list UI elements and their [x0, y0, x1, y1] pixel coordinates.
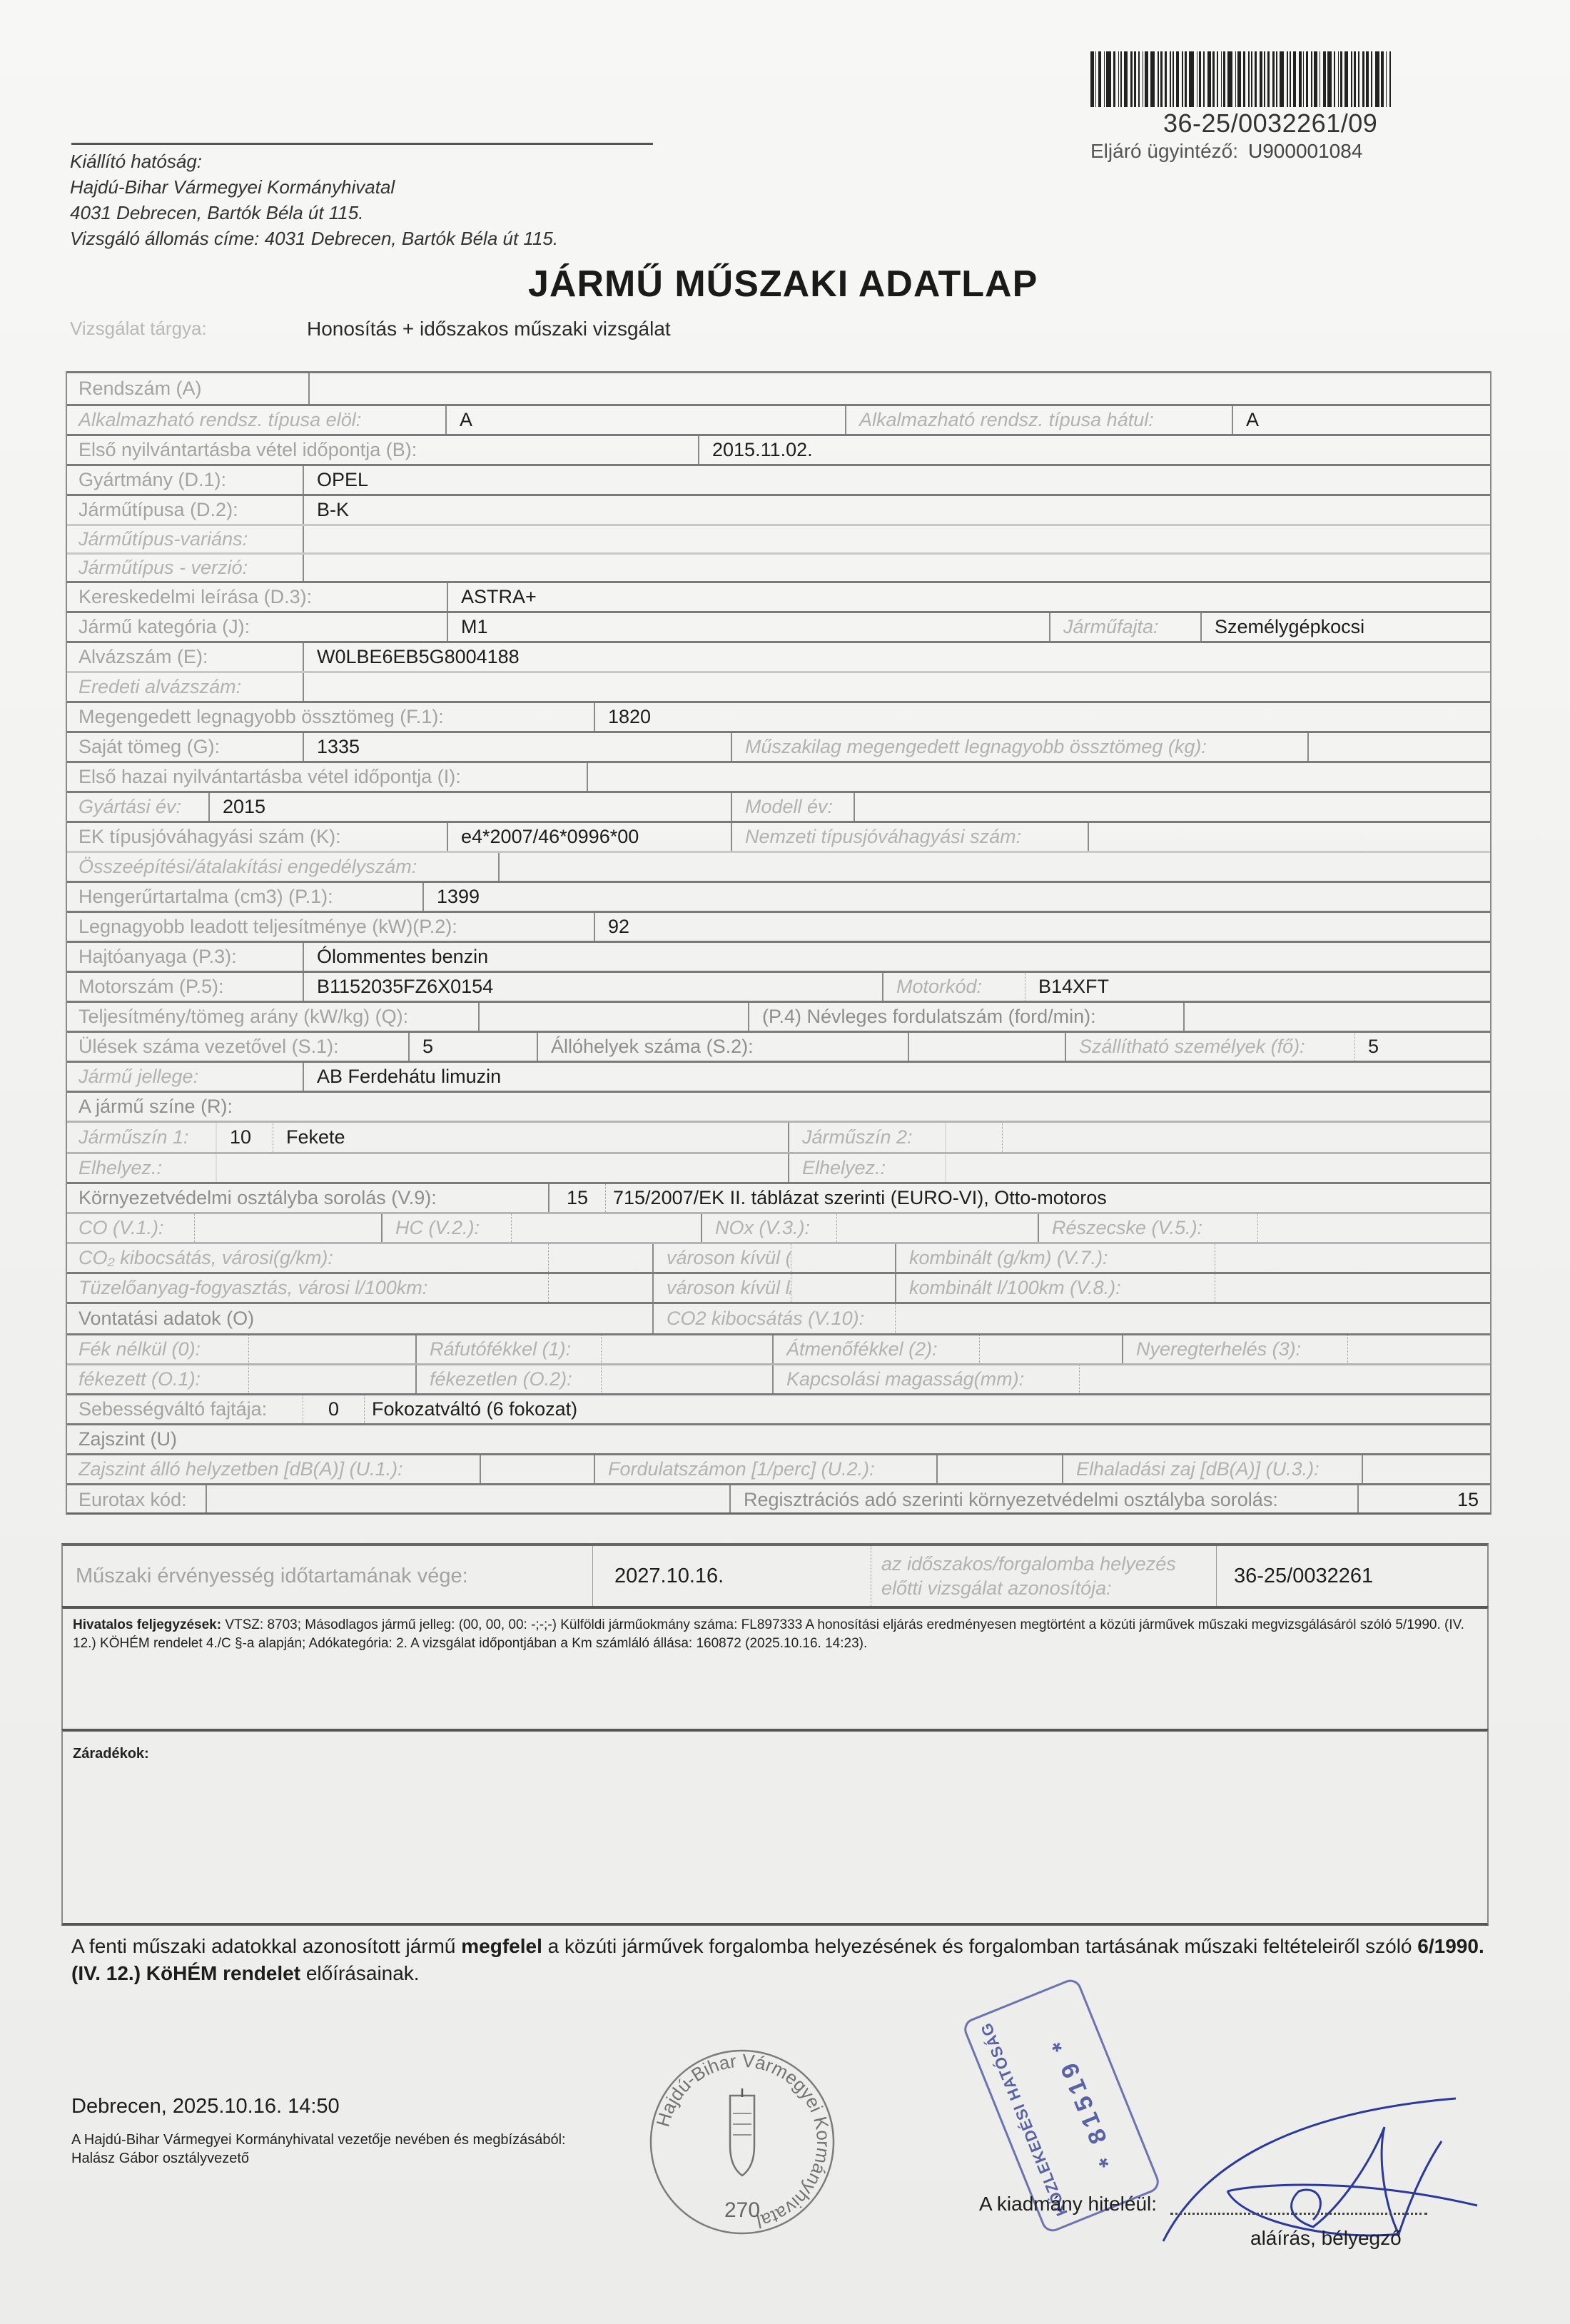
field-label: Ráfutófékkel (1):	[430, 1338, 571, 1360]
table-row: Járműtípusa (D.2): B-K	[66, 494, 1491, 524]
field-label: Műszakilag megengedett legnagyobb össztö…	[745, 736, 1207, 758]
conformity-text: A fenti műszaki adatokkal azonosított já…	[71, 1935, 461, 1957]
field-label: Fék nélkül (0):	[78, 1338, 201, 1360]
field-label: CO2 kibocsátás (V.10):	[667, 1308, 864, 1330]
field-label: Környezetvédelmi osztályba sorolás (V.9)…	[78, 1187, 437, 1209]
vehicle-kind-value: Személygépkocsi	[1215, 616, 1364, 638]
validity-value: 2027.10.16.	[614, 1565, 724, 1588]
table-row: Járműszín 1: 10 Fekete Járműszín 2:	[66, 1121, 1491, 1152]
category-value: M1	[461, 616, 488, 638]
field-label: CO₂ kibocsátás, városi(g/km):	[78, 1247, 333, 1269]
passengers-value: 5	[1368, 1036, 1379, 1058]
gearbox-code: 0	[328, 1398, 339, 1420]
table-row: Gyártási év: 2015 Modell év:	[66, 791, 1491, 821]
engine-code-value: B14XFT	[1038, 976, 1109, 998]
first-registration-value: 2015.11.02.	[712, 439, 813, 461]
field-label: Sebességváltó fajtája:	[78, 1398, 267, 1420]
issuer-name: Hajdú-Bihar Vármegyei Kormányhivatal	[70, 174, 558, 200]
field-label: Járműszín 1:	[78, 1126, 189, 1148]
field-label: Jármű jellege:	[78, 1066, 198, 1088]
case-handler-label: Eljáró ügyintéző:	[1090, 140, 1238, 162]
table-row: Első nyilvántartásba vétel időpontja (B)…	[66, 434, 1491, 464]
field-label: Saját tömeg (G):	[78, 736, 220, 758]
field-label: Alvázszám (E):	[78, 646, 208, 668]
authentic-label: A kiadmány hiteléül:	[979, 2193, 1157, 2216]
table-row: Legnagyobb leadott teljesítménye (kW)(P.…	[66, 911, 1491, 941]
table-row: Első hazai nyilvántartásba vétel időpont…	[66, 761, 1491, 791]
table-row: Hajtóanyaga (P.3): Ólommentes benzin	[66, 941, 1491, 971]
field-label: Kereskedelmi leírása (D.3):	[78, 586, 312, 608]
validity-box: Műszaki érvényesség időtartamának vége: …	[61, 1543, 1489, 1606]
page-title: JÁRMŰ MŰSZAKI ADATLAP	[528, 263, 1038, 305]
conformity-emphasis: megfelel	[461, 1935, 542, 1957]
field-label: Teljesítmény/tömeg arány (kW/kg) (Q):	[78, 1006, 408, 1028]
round-stamp-icon: Hajdú-Bihar Vármegyei Kormányhivatal 270	[646, 2046, 839, 2238]
field-label: HC (V.2.):	[395, 1217, 480, 1239]
on-behalf-text: A Hajdú-Bihar Vármegyei Kormányhivatal v…	[71, 2131, 566, 2149]
field-label: Nyeregterhelés (3):	[1136, 1338, 1301, 1360]
field-label: NOx (V.3.):	[715, 1217, 810, 1239]
field-label: Állóhelyek száma (S.2):	[551, 1036, 754, 1058]
plate-type-rear-value: A	[1246, 409, 1259, 431]
section-heading: Vontatási adatok (O)	[78, 1308, 254, 1330]
table-row: Megengedett legnagyobb össztömeg (F.1): …	[66, 701, 1491, 731]
table-row: Gyártmány (D.1): OPEL	[66, 464, 1491, 494]
signature-caption: aláírás, bélyegző	[1250, 2227, 1402, 2250]
field-label: Zajszint álló helyzetben [dB(A)] (U.1.):	[78, 1458, 403, 1480]
case-handler: Eljáró ügyintéző:U900001084	[1090, 140, 1362, 163]
color1-value: Fekete	[286, 1126, 345, 1148]
field-label: Gyártási év:	[78, 796, 181, 818]
field-label: Fordulatszámon [1/perc] (U.2.):	[608, 1458, 875, 1480]
table-row: EK típusjóváhagyási szám (K): e4*2007/46…	[66, 821, 1491, 851]
table-row: Hengerűrtartalma (cm3) (P.1): 1399	[66, 881, 1491, 911]
subject-value: Honosítás + időszakos műszaki vizsgálat	[307, 318, 671, 340]
table-row: Ülések száma vezetővel (S.1): 5 Állóhely…	[66, 1031, 1491, 1061]
table-row: Sebességváltó fajtája: 0 Fokozatváltó (6…	[66, 1393, 1491, 1423]
official-notes: Hivatalos feljegyzések: VTSZ: 8703; Máso…	[61, 1606, 1489, 1729]
displacement-value: 1399	[437, 886, 480, 908]
station-address: Vizsgáló állomás címe: 4031 Debrecen, Ba…	[70, 226, 558, 251]
conformity-text: a közúti járművek forgalomba helyezéséne…	[542, 1935, 1417, 1957]
fuel-value: Ólommentes benzin	[317, 946, 488, 968]
gearbox-value: Fokozatváltó (6 fokozat)	[372, 1398, 577, 1420]
field-label: kombinált l/100km (V.8.):	[909, 1277, 1121, 1299]
table-row: CO₂ kibocsátás, városi(g/km): városon kí…	[66, 1242, 1491, 1272]
max-power-value: 92	[608, 916, 629, 938]
field-label: Részecske (V.5.):	[1052, 1217, 1202, 1239]
table-row: Zajszint (U)	[66, 1423, 1491, 1453]
barcode	[1090, 51, 1454, 107]
field-label: Járműtípus - verzió:	[78, 557, 248, 579]
field-label: Járműtípus-variáns:	[78, 528, 248, 550]
own-mass-value: 1335	[317, 736, 360, 758]
field-label: városon kívül l/100km:	[667, 1277, 791, 1299]
document-number: 36-25/0032261/09	[1163, 108, 1377, 138]
issuer-block: Kiállító hatóság: Hajdú-Bihar Vármegyei …	[70, 148, 558, 251]
field-label: Összeépítési/átalakítási engedélyszám:	[78, 856, 417, 878]
validity-label: Műszaki érvényesség időtartamának vége:	[76, 1565, 468, 1588]
document-page: 36-25/0032261/09 Eljáró ügyintéző:U90000…	[0, 0, 1570, 2324]
notes-label: Hivatalos feljegyzések:	[73, 1617, 221, 1632]
inspection-id-label: az időszakos/forgalomba helyezés előtti …	[881, 1552, 1216, 1600]
table-row: Jármű kategória (J): M1 Járműfajta: Szem…	[66, 611, 1491, 641]
table-row: Alvázszám (E): W0LBE6EB5G8004188	[66, 641, 1491, 671]
field-label: EK típusjóváhagyási szám (K):	[78, 826, 341, 848]
field-label: kombinált (g/km) (V.7.):	[909, 1247, 1108, 1269]
authority-note: A Hajdú-Bihar Vármegyei Kormányhivatal v…	[71, 2131, 566, 2168]
signature-line	[1170, 2213, 1427, 2215]
vin-value: W0LBE6EB5G8004188	[317, 646, 520, 668]
clauses-box: Záradékok:	[61, 1729, 1489, 1926]
table-row: Kereskedelmi leírása (D.3): ASTRA+	[66, 581, 1491, 611]
make-value: OPEL	[317, 469, 368, 491]
field-label: CO (V.1.):	[78, 1217, 164, 1239]
conformity-text: előírásainak.	[300, 1962, 420, 1984]
field-label: fékezetlen (O.2):	[430, 1368, 572, 1390]
field-label: városon kívül (g/km):	[667, 1247, 791, 1269]
field-label: Rendszám (A)	[78, 378, 202, 400]
table-row: A jármű színe (R):	[66, 1091, 1491, 1121]
field-label: Gyártmány (D.1):	[78, 469, 226, 491]
table-row: Tüzelőanyag-fogyasztás, városi l/100km: …	[66, 1272, 1491, 1302]
table-row: Teljesítmény/tömeg arány (kW/kg) (Q): (P…	[66, 1001, 1491, 1031]
field-label: Motorszám (P.5):	[78, 976, 224, 998]
svg-text:270: 270	[724, 2198, 760, 2222]
color1-code: 10	[230, 1126, 251, 1148]
field-label: Ülések száma vezetővel (S.1):	[78, 1036, 339, 1058]
table-row: Rendszám (A)	[66, 371, 1491, 404]
stamp-number: * 81519 *	[1045, 2032, 1123, 2171]
notes-text: VTSZ: 8703; Másodlagos jármű jelleg: (00…	[73, 1617, 1464, 1651]
table-row: Saját tömeg (G): 1335 Műszakilag megenge…	[66, 731, 1491, 761]
inspection-id-value: 36-25/0032261	[1234, 1565, 1373, 1588]
field-label: Regisztrációs adó szerinti környezetvéde…	[744, 1489, 1278, 1511]
conformity-statement: A fenti műszaki adatokkal azonosított já…	[71, 1933, 1491, 1987]
reg-tax-env-value: 15	[1457, 1489, 1479, 1511]
seats-value: 5	[422, 1036, 433, 1058]
clauses-label: Záradékok:	[73, 1746, 149, 1762]
field-label: fékezett (O.1):	[78, 1368, 201, 1390]
vehicle-type-value: B-K	[317, 499, 349, 521]
table-row: Eredeti alvázszám:	[66, 671, 1491, 701]
field-label: Eurotax kód:	[78, 1489, 187, 1511]
issuer-label: Kiállító hatóság:	[70, 148, 558, 174]
field-label: Járműfajta:	[1063, 616, 1159, 638]
field-label: Járműszín 2:	[802, 1126, 913, 1148]
table-row: Elhelyez.: Elhelyez.:	[66, 1152, 1491, 1182]
table-row: Fék nélkül (0): Ráfutófékkel (1): Átmenő…	[66, 1333, 1491, 1363]
table-row: Zajszint álló helyzetben [dB(A)] (U.1.):…	[66, 1453, 1491, 1483]
field-label: Kapcsolási magasság(mm):	[786, 1368, 1024, 1390]
table-row: Motorszám (P.5): B1152035FZ6X0154 Motork…	[66, 971, 1491, 1001]
field-label: Átmenőfékkel (2):	[786, 1338, 938, 1360]
field-label: Hajtóanyaga (P.3):	[78, 946, 237, 968]
table-row: Összeépítési/átalakítási engedélyszám:	[66, 851, 1491, 881]
field-label: Megengedett legnagyobb össztömeg (F.1):	[78, 706, 444, 728]
field-label: Első nyilvántartásba vétel időpontja (B)…	[78, 439, 417, 461]
field-label: Első hazai nyilvántartásba vétel időpont…	[78, 766, 461, 788]
table-row: Jármű jellege: AB Ferdehátu limuzin	[66, 1061, 1491, 1091]
field-label: Elhelyez.:	[802, 1157, 886, 1179]
field-label: Alkalmazható rendsz. típusa hátul:	[859, 409, 1154, 431]
field-label: Hengerűrtartalma (cm3) (P.1):	[78, 886, 333, 908]
official-name: Halász Gábor osztályvezető	[71, 2149, 566, 2168]
field-label: Alkalmazható rendsz. típusa elöl:	[78, 409, 361, 431]
table-row: Eurotax kód: Regisztrációs adó szerinti …	[66, 1483, 1491, 1515]
issuer-address: 4031 Debrecen, Bartók Béla út 115.	[70, 200, 558, 226]
table-row: fékezett (O.1): fékezetlen (O.2): Kapcso…	[66, 1363, 1491, 1393]
section-heading: Zajszint (U)	[78, 1428, 177, 1450]
max-mass-value: 1820	[608, 706, 651, 728]
table-row: Járműtípus - verzió:	[66, 552, 1491, 581]
divider	[71, 143, 653, 145]
case-handler-value: U900001084	[1248, 140, 1362, 162]
ec-approval-value: e4*2007/46*0996*00	[461, 826, 639, 848]
field-label: Tüzelőanyag-fogyasztás, városi l/100km:	[78, 1277, 427, 1299]
field-label: Járműtípusa (D.2):	[78, 499, 238, 521]
table-row: Vontatási adatok (O) CO2 kibocsátás (V.1…	[66, 1302, 1491, 1333]
commercial-name-value: ASTRA+	[461, 586, 537, 608]
env-class-code: 15	[567, 1187, 588, 1209]
field-label: Jármű kategória (J):	[78, 616, 250, 638]
subject-label: Vizsgálat tárgya:	[70, 318, 207, 340]
field-label: (P.4) Névleges fordulatszám (ford/min):	[762, 1006, 1096, 1028]
engine-number-value: B1152035FZ6X0154	[317, 976, 493, 998]
place-date: Debrecen, 2025.10.16. 14:50	[71, 2095, 340, 2118]
field-label: Elhelyez.:	[78, 1157, 162, 1179]
body-value: AB Ferdehátu limuzin	[317, 1066, 501, 1088]
manufacture-year-value: 2015	[223, 796, 265, 818]
plate-type-front-value: A	[460, 409, 472, 431]
field-label: Szállítható személyek (fő):	[1079, 1036, 1305, 1058]
field-label: Nemzeti típusjóváhagyási szám:	[745, 826, 1021, 848]
field-label: Eredeti alvázszám:	[78, 676, 241, 698]
table-row: Környezetvédelmi osztályba sorolás (V.9)…	[66, 1182, 1491, 1212]
table-row: Alkalmazható rendsz. típusa elöl: A Alka…	[66, 404, 1491, 434]
field-label: Legnagyobb leadott teljesítménye (kW)(P.…	[78, 916, 457, 938]
field-label: Motorkód:	[896, 976, 982, 998]
table-row: Járműtípus-variáns:	[66, 524, 1491, 552]
env-class-value: 715/2007/EK II. táblázat szerinti (EURO-…	[613, 1187, 1107, 1209]
section-heading: A jármű színe (R):	[78, 1096, 233, 1118]
field-label: Modell év:	[745, 796, 833, 818]
table-row: CO (V.1.): HC (V.2.): NOx (V.3.): Részec…	[66, 1212, 1491, 1242]
field-label: Elhaladási zaj [dB(A)] (U.3.):	[1076, 1458, 1320, 1480]
